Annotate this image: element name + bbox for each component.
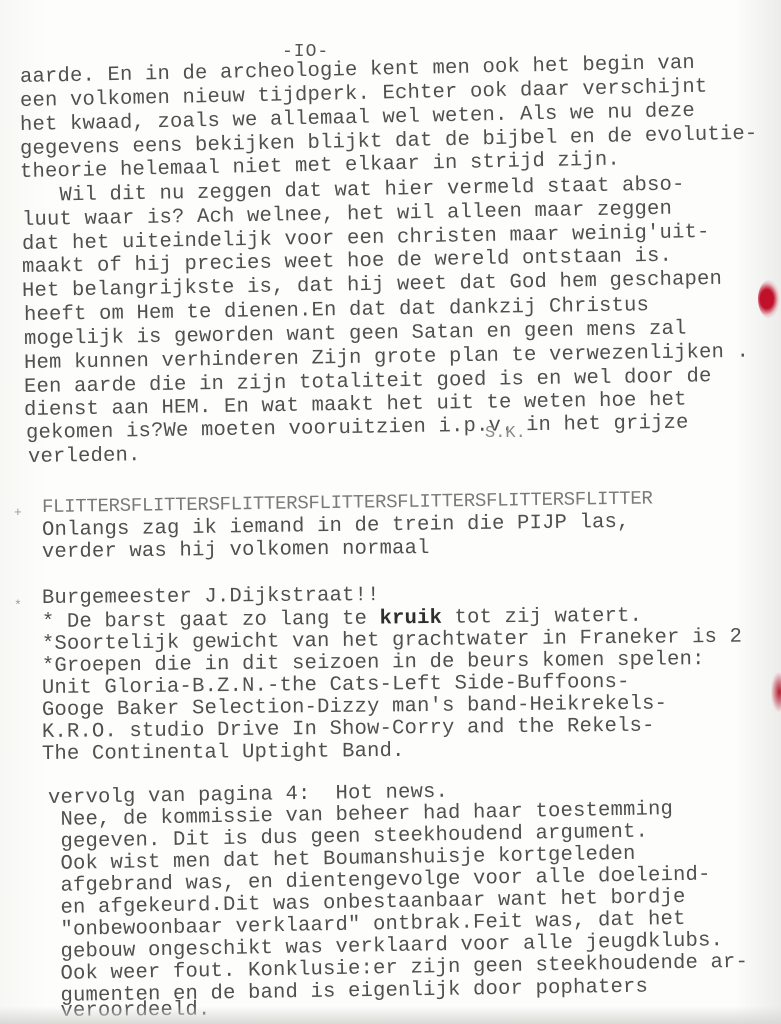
binder-hole-mark: [771, 672, 781, 712]
page-edge-shadow: [0, 1006, 781, 1024]
author-signature: S.K.: [485, 424, 526, 443]
flitter-burgemeester: Burgemeester J.Dijkstraat!!: [42, 584, 380, 610]
margin-asterisk-mark: *: [14, 598, 22, 613]
binder-hole-mark: [758, 280, 780, 318]
margin-plus-mark: +: [14, 505, 22, 520]
typewritten-page: -IO- aarde. En in de archeologie kent me…: [0, 0, 781, 1024]
flitter-kruik-bold: kruik: [379, 607, 442, 631]
article-line: verleden.: [28, 444, 141, 469]
flitter-line: verder was hij volkomen normaal: [42, 537, 430, 564]
flitter-groepen-line: The Continental Uptight Band.: [42, 740, 405, 766]
